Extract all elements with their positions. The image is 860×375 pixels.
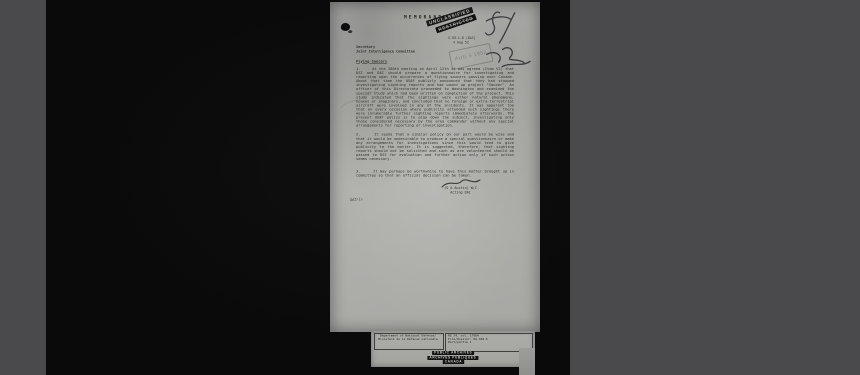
addressee-line2: Joint Intelligence Committee [356, 49, 466, 53]
paragraph-2: 2. It seems that a similar policy on our… [356, 133, 514, 161]
classification-stamp-group: UNCLASSIFIED RESTRICTED [425, 4, 476, 36]
handwritten-annotation [476, 6, 538, 72]
file-reference-text: DAI/is [350, 197, 363, 202]
public-archives-stamp: PUBLIC ARCHIVES ARCHIVES PUBLIQUES CANAD… [371, 351, 535, 365]
document-page: MEMORANDUM UNCLASSIFIED RESTRICTED S-93-… [330, 2, 540, 332]
signature-block: (G A Austin) W/C Acting DAI [418, 186, 503, 195]
page-corner-fragment [519, 348, 535, 375]
department-stamp-box: Department of National Defence/ Ministèr… [374, 333, 444, 350]
department-name-fr: Ministère de la Défense nationale [375, 338, 441, 341]
public-archives-en: PUBLIC ARCHIVES [432, 351, 474, 355]
signatory-title: Acting DAI [418, 191, 503, 196]
paragraph-1: 1. At the 280th meeting on April 12th it… [356, 67, 514, 128]
public-archives-fr: ARCHIVES PUBLIQUES [428, 356, 479, 360]
paragraph-3: 3. It may perhaps be worthwhile to have … [356, 170, 514, 178]
subject-heading: Flying Saucers [356, 59, 456, 64]
file-reference: DAI/is [350, 198, 375, 206]
addressee-block: Secretary Joint Intelligence Committee [356, 45, 466, 54]
public-archives-country: CANADA [442, 360, 463, 364]
ink-blot [340, 22, 351, 32]
archive-ref-part: Part/partie 1 [448, 341, 532, 344]
archival-stamp-strip: Department of National Defence/ Ministèr… [371, 331, 535, 367]
memo-body: 1. At the 280th meeting on April 12th it… [356, 67, 514, 178]
microfilm-viewer: MEMORANDUM UNCLASSIFIED RESTRICTED S-93-… [0, 0, 860, 375]
subject-text: Flying Saucers [356, 59, 456, 64]
